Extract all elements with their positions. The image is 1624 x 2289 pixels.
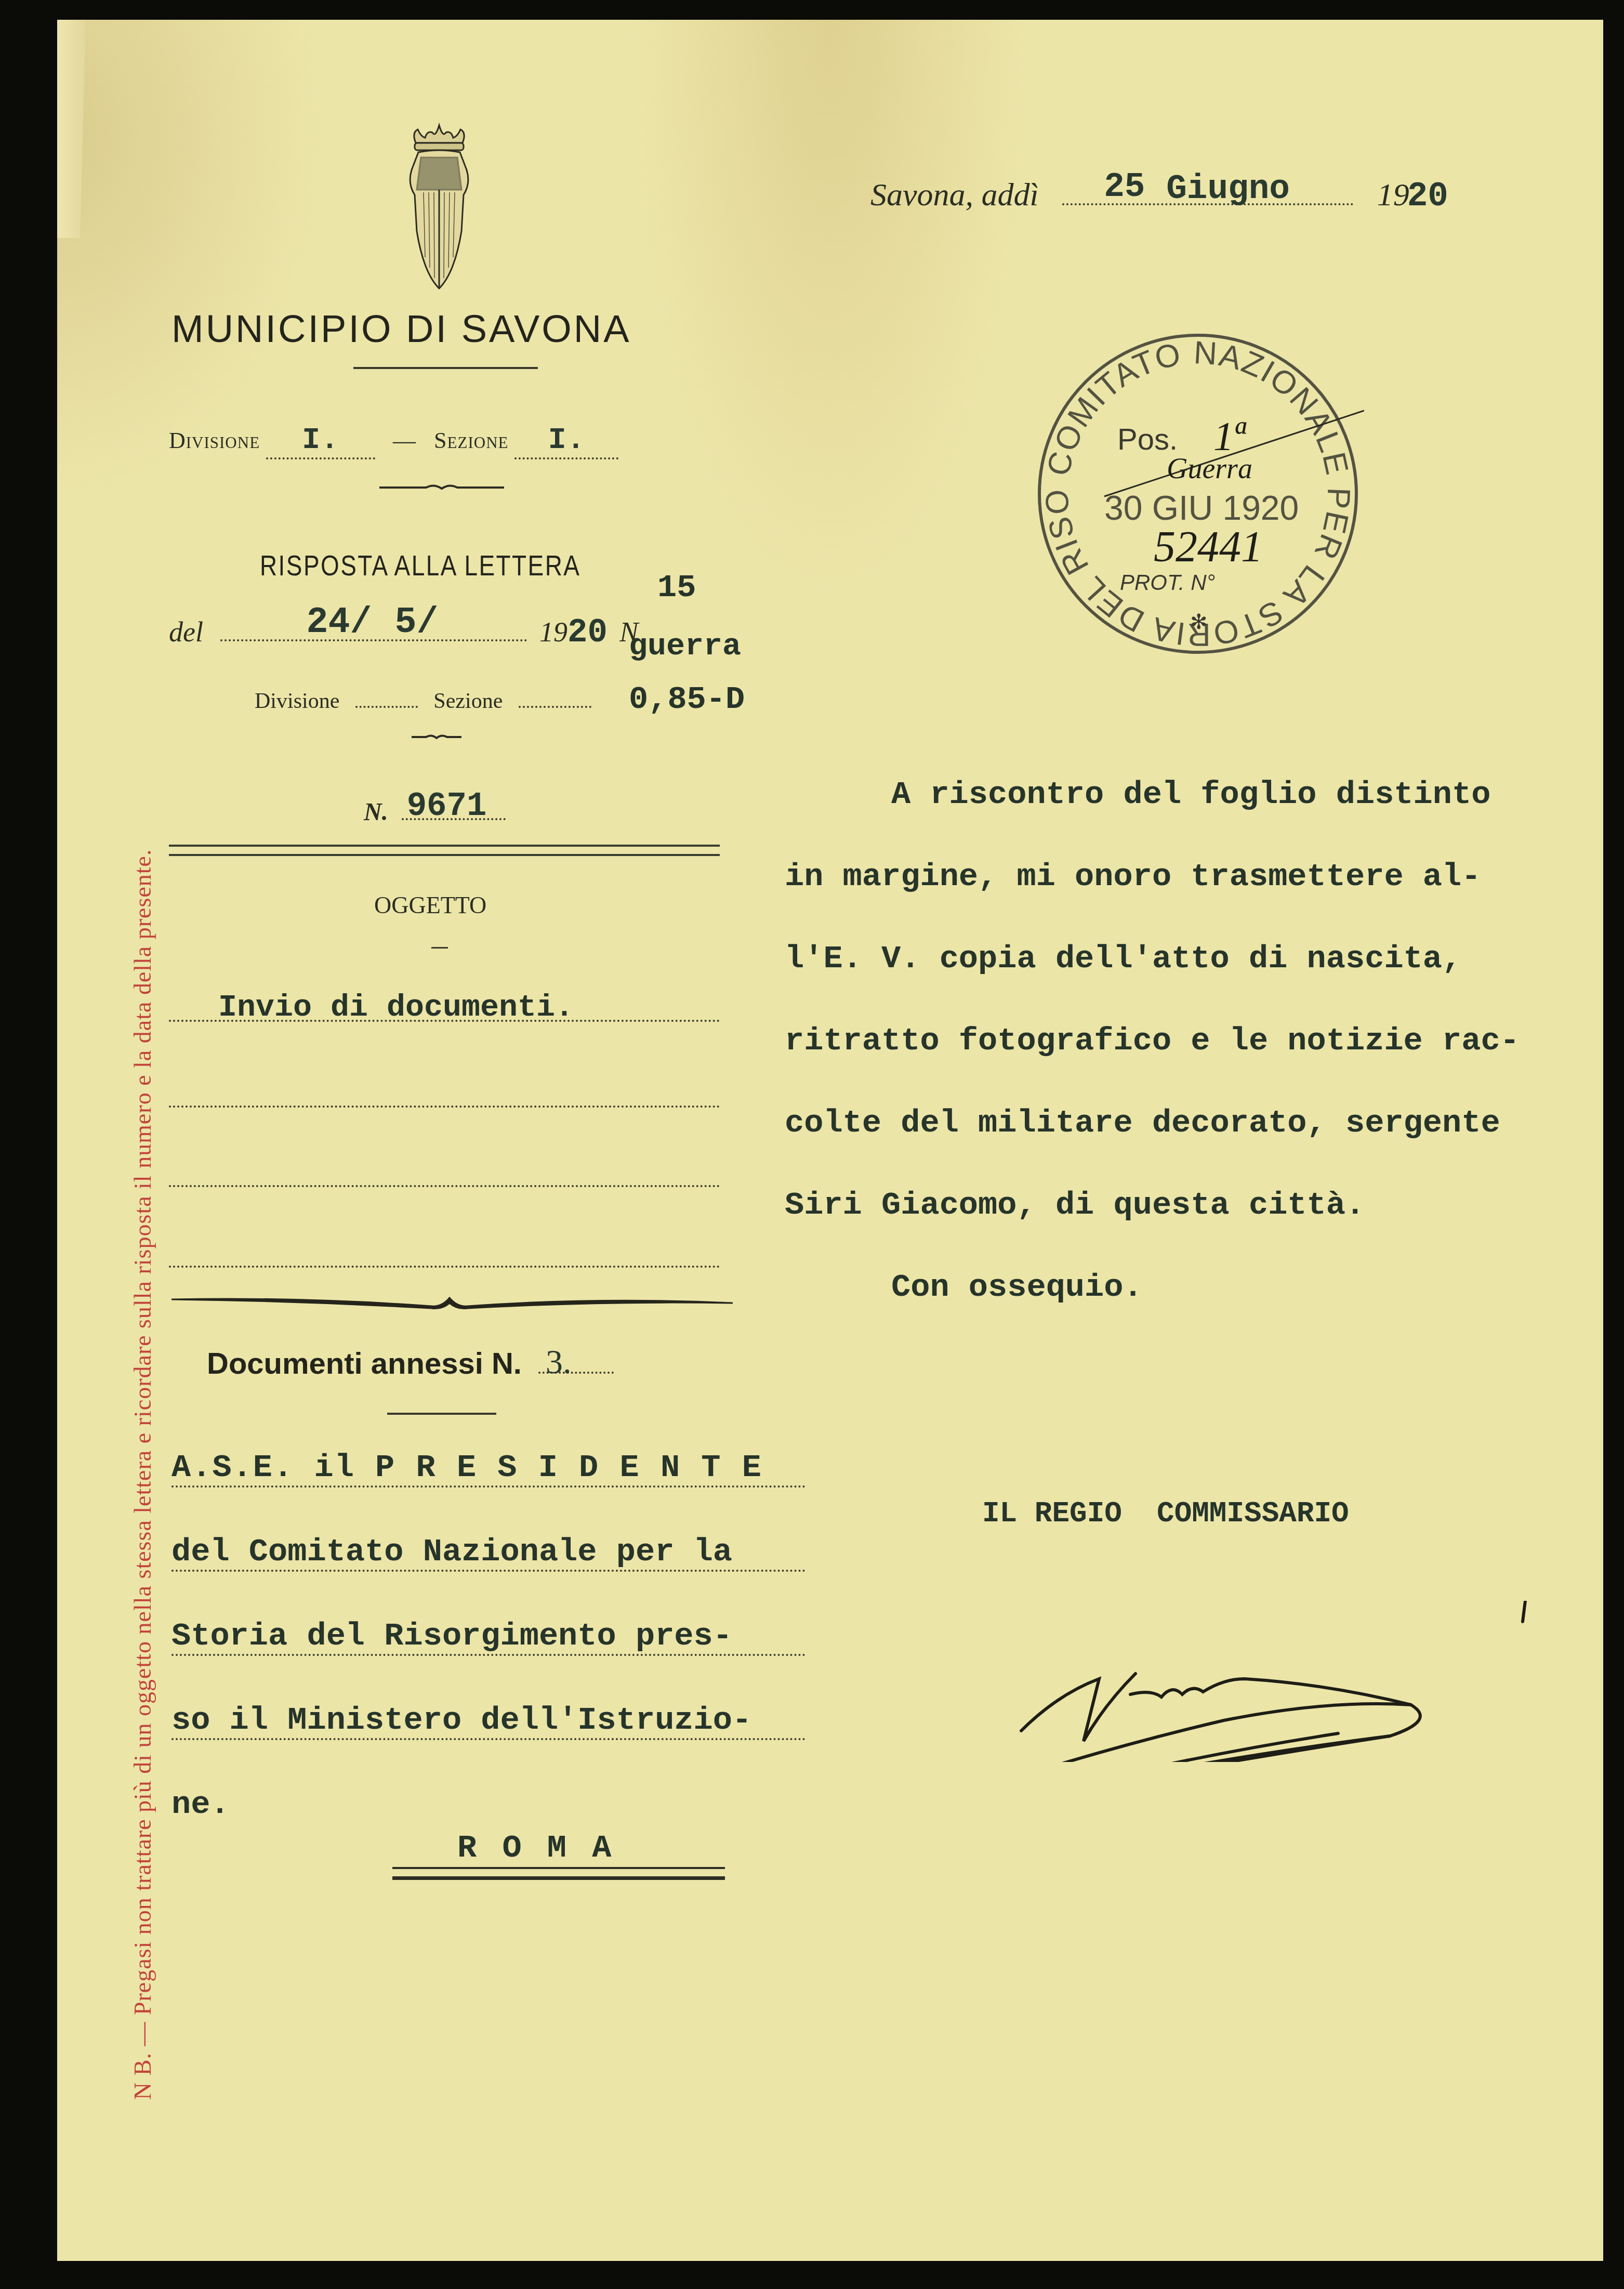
sezione-field: I. [514, 424, 618, 459]
place-date-row: Savona, addì 25 Giugno 1920 [870, 177, 1448, 216]
stamp-prot-value: 52441 [1154, 523, 1263, 571]
folded-corner [57, 20, 86, 238]
coat-of-arms-icon [400, 122, 478, 294]
protocol-row: N. 9671 [364, 798, 506, 826]
division-section-row: Divisione I. — Sezione I. [169, 424, 618, 459]
signature [860, 1601, 1546, 1762]
recipient-block: A.S.E. il P R E S I D E N T E del Comita… [171, 1450, 806, 1822]
reply-sezione-label: Sezione [433, 689, 503, 713]
ornament-icon [377, 482, 507, 493]
reply-sezione-field [519, 706, 591, 708]
protocol-field: 9671 [402, 818, 506, 820]
sezione-value: I. [548, 424, 586, 457]
subject-line-4 [169, 1266, 720, 1268]
date-field: 25 Giugno [1062, 203, 1353, 205]
reply-divisione-label: Divisione [255, 689, 339, 713]
body-line: Siri Giacomo, di questa città. [785, 1164, 1575, 1246]
reply-date-month: 5/ [394, 602, 438, 643]
margin-note: N B. — Pregasi non trattare più di un og… [129, 333, 156, 2100]
date-month: Giugno [1166, 169, 1290, 208]
swash-divider-icon [171, 1292, 733, 1312]
reply-heading: RISPOSTA ALLA LETTERA [260, 548, 580, 582]
sezione-label: Sezione [434, 428, 508, 453]
year-prefix: 19 [1377, 177, 1409, 213]
reply-divisione-field [355, 706, 418, 708]
stamp-pos-label: Pos. [1117, 423, 1178, 456]
reply-division-row: Divisione Sezione [255, 689, 591, 714]
recipient-line: ne. [171, 1787, 806, 1822]
reply-n-value-mid: guerra [629, 629, 741, 664]
date-day: 25 [1104, 167, 1145, 206]
body-line: colte del militare decorato, sergente [785, 1082, 1575, 1164]
protocol-n-value: 9671 [407, 788, 487, 825]
reply-n-value-top: 15 [657, 569, 696, 606]
letter-body: A riscontro del foglio distinto in margi… [785, 754, 1575, 1328]
recipient-line: Storia del Risorgimento pres- [171, 1619, 806, 1656]
separator: — [393, 428, 416, 453]
subject-label: OGGETTO [374, 891, 486, 919]
divisione-field: I. [266, 424, 375, 459]
recipient-city: R O M A [457, 1830, 614, 1866]
stamp-star-icon: ✻ [1190, 610, 1208, 634]
institution-title: MUNICIPIO DI SAVONA [171, 307, 631, 351]
body-line: ritratto fotografico e le notizie rac- [785, 1000, 1575, 1082]
recipient-line: A.S.E. il P R E S I D E N T E [171, 1450, 806, 1488]
body-line: in margine, mi onoro trasmettere al- [785, 836, 1575, 918]
year-suffix: 20 [1407, 177, 1448, 216]
stamp-prot-label: PROT. N° [1120, 570, 1215, 595]
attachments-label: Documenti annessi N. [207, 1347, 522, 1380]
reply-year-prefix: 19 [539, 616, 567, 648]
reply-n-value-bottom: 0,85-D [629, 681, 745, 718]
divisione-value: I. [302, 424, 339, 457]
attachments-row: Documenti annessi N. 3. [207, 1346, 614, 1381]
reply-year-suffix: 20 [567, 614, 608, 652]
place-date-label: Savona, addì [870, 177, 1039, 213]
closing: Con ossequio. [785, 1246, 1575, 1328]
recipient-line: so il Ministero dell'Istruzio- [171, 1703, 806, 1740]
subject-value: Invio di documenti. [218, 990, 574, 1025]
recipient-line: del Comitato Nazionale per la [171, 1534, 806, 1572]
body-line: l'E. V. copia dell'atto di nascita, [785, 918, 1575, 1000]
attachments-value: 3. [546, 1343, 572, 1382]
signatory-title: IL REGIO COMMISSARIO [982, 1497, 1349, 1530]
double-rule [169, 845, 720, 856]
title-underline [353, 367, 538, 369]
divisione-label: Divisione [169, 428, 260, 453]
del-label: del [169, 616, 203, 648]
body-line: A riscontro del foglio distinto [785, 754, 1575, 836]
attachments-field: 3. [538, 1372, 614, 1374]
protocol-n-label: N. [364, 798, 388, 826]
city-double-underline [392, 1867, 725, 1880]
subject-line-3 [169, 1185, 720, 1187]
subject-dash [431, 947, 448, 949]
ornament-small-icon [411, 733, 463, 741]
stamp-handwritten-note: Guerra [1167, 453, 1252, 485]
attachments-underline [387, 1413, 496, 1415]
received-stamp: COMITATO NAZIONALE PER LA STORIA DEL RIS… [1032, 327, 1364, 660]
subject-line-2 [169, 1106, 720, 1108]
reply-date-day: 24/ [306, 602, 372, 643]
stamp-date: 30 GIU 1920 [1104, 489, 1299, 527]
reply-date-field: 24/ 5/ [220, 613, 527, 641]
reply-date-row: del 24/ 5/ 1920 N [169, 613, 638, 652]
